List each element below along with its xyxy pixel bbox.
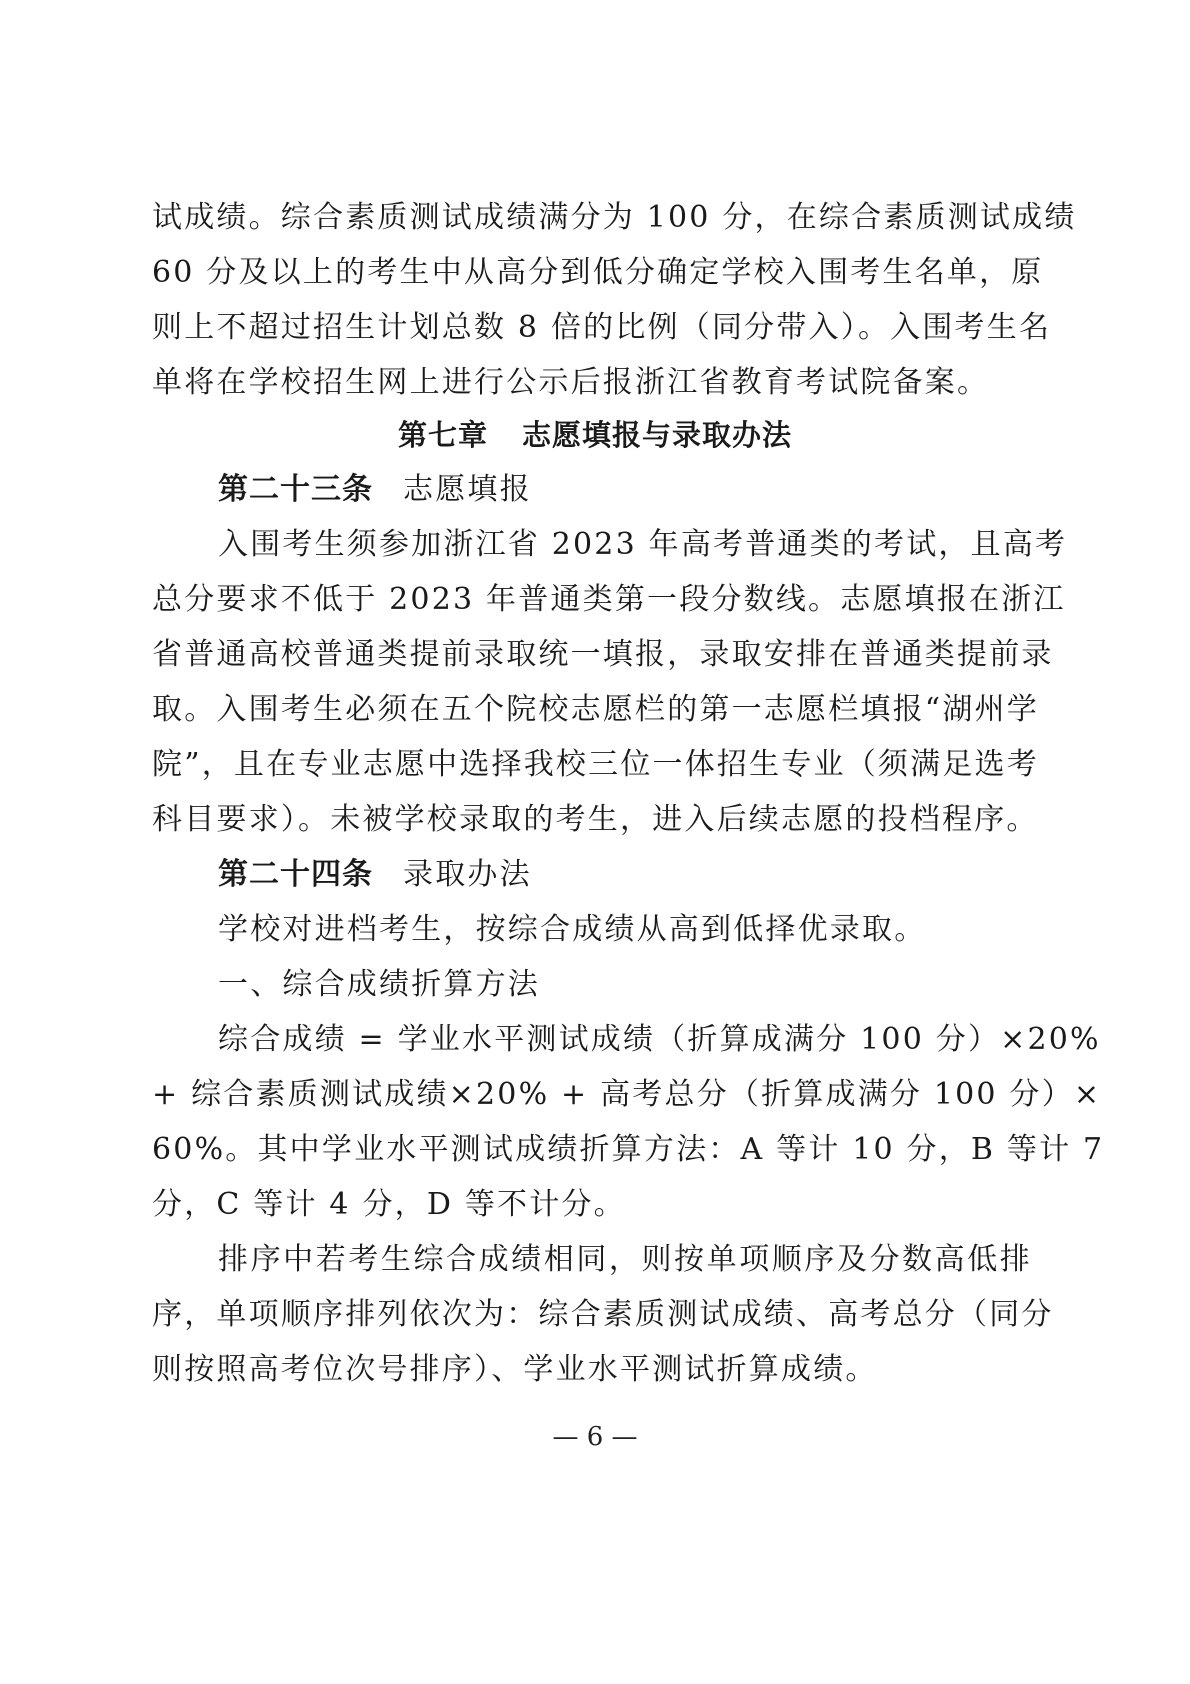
article-heading-24: 第二十四条录取办法 <box>218 847 532 902</box>
paragraph-line: 省普通高校普通类提前录取统一填报，录取安排在普通类提前录 <box>152 627 1032 682</box>
paragraph-line: 排序中若考生综合成绩相同，则按单项顺序及分数高低排 <box>218 1232 1032 1287</box>
formula-line: 综合成绩 = 学业水平测试成绩（折算成满分 100 分）×20% <box>218 1012 1032 1067</box>
paragraph-line: 序，单项顺序排列依次为：综合素质测试成绩、高考总分（同分 <box>152 1287 1032 1342</box>
page-number: — 6 — <box>0 1412 1190 1462</box>
document-page: 试成绩。综合素质测试成绩满分为 100 分，在综合素质测试成绩 60 分及以上的… <box>0 0 1190 1684</box>
formula-line: 60%。其中学业水平测试成绩折算方法：A 等计 10 分，B 等计 7 <box>152 1122 1032 1177</box>
paragraph-line: 则按照高考位次号排序）、学业水平测试折算成绩。 <box>152 1342 1032 1397</box>
article-number: 第二十四条 <box>218 857 373 892</box>
paragraph-line: 取。入围考生必须在五个院校志愿栏的第一志愿栏填报“湖州学 <box>152 682 1032 737</box>
paragraph-line: 单将在学校招生网上进行公示后报浙江省教育考试院备案。 <box>152 355 1032 410</box>
chapter-number: 第七章 <box>398 418 488 452</box>
paragraph-line: 入围考生须参加浙江省 2023 年高考普通类的考试，且高考 <box>218 517 1032 572</box>
article-number: 第二十三条 <box>218 472 373 507</box>
paragraph-line: 60 分及以上的考生中从高分到低分确定学校入围考生名单，原 <box>152 245 1032 300</box>
chapter-heading: 第七章志愿填报与录取办法 <box>0 408 1190 463</box>
paragraph-line: 总分要求不低于 2023 年普通类第一段分数线。志愿填报在浙江 <box>152 572 1032 627</box>
article-title: 录取办法 <box>403 857 532 892</box>
formula-line: + 综合素质测试成绩×20% + 高考总分（折算成满分 100 分）× <box>152 1067 1032 1122</box>
paragraph-line: 科目要求）。未被学校录取的考生，进入后续志愿的投档程序。 <box>152 792 1032 847</box>
paragraph-line: 院”，且在专业志愿中选择我校三位一体招生专业（须满足选考 <box>152 737 1032 792</box>
paragraph-line: 则上不超过招生计划总数 8 倍的比例（同分带入）。入围考生名 <box>152 300 1032 355</box>
article-heading-23: 第二十三条志愿填报 <box>218 462 532 517</box>
formula-line: 分，C 等计 4 分，D 等不计分。 <box>152 1177 1032 1232</box>
paragraph-line: 试成绩。综合素质测试成绩满分为 100 分，在综合素质测试成绩 <box>152 190 1032 245</box>
chapter-title: 志愿填报与录取办法 <box>522 418 792 452</box>
paragraph-line: 学校对进档考生，按综合成绩从高到低择优录取。 <box>218 902 1032 957</box>
section-heading: 一、综合成绩折算方法 <box>218 957 1032 1012</box>
article-title: 志愿填报 <box>403 472 532 507</box>
